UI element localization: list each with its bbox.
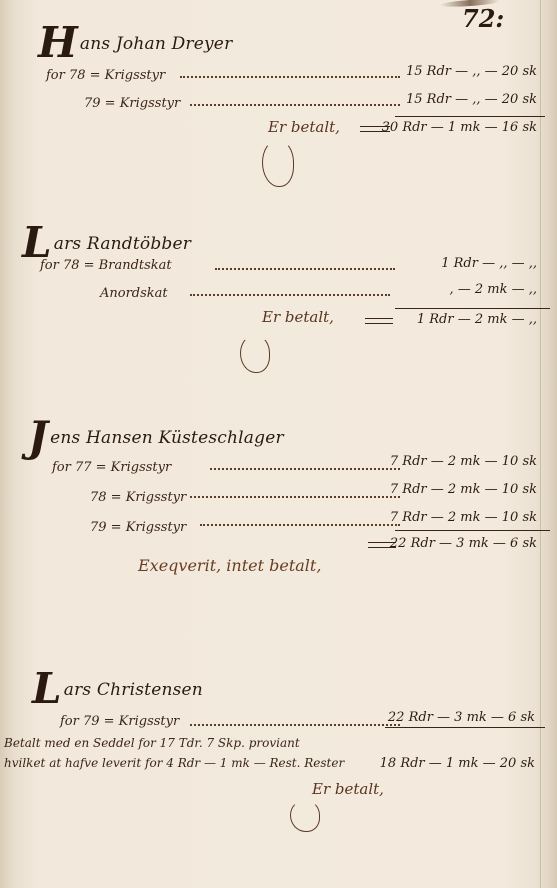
name-text: ans Johan Dreyer <box>80 34 233 54</box>
line-label: for 79 = Krigsstyr <box>60 714 179 729</box>
leader-dots <box>190 496 400 498</box>
line-label: 78 = Krigsstyr <box>90 490 186 505</box>
flourish-mark <box>240 335 270 373</box>
leader-dots <box>210 468 400 470</box>
double-rule <box>365 318 393 324</box>
sum-rule <box>385 727 545 728</box>
leader-dots <box>190 104 400 106</box>
leader-dots <box>190 724 400 726</box>
sum-rule <box>395 530 550 531</box>
payment-status: Er betalt, <box>262 308 334 326</box>
line-label: 79 = Krigsstyr <box>90 520 186 535</box>
total-amount: 22 Rdr — 3 mk — 6 sk <box>390 536 537 551</box>
page-edge <box>540 0 541 888</box>
leader-dots <box>215 268 395 270</box>
entry-name: Hans Johan Dreyer <box>38 18 232 67</box>
line-label: Anordskat <box>100 286 168 301</box>
line-amount: 7 Rdr — 2 mk — 10 sk <box>390 510 537 525</box>
folio-number: 72: <box>462 4 504 33</box>
total-amount: 1 Rdr — 2 mk — ,, <box>417 312 537 327</box>
name-text: ens Hansen Küsteschlager <box>50 428 284 448</box>
payment-status: Er betalt, <box>268 118 340 136</box>
leader-dots <box>180 76 400 78</box>
flourish-mark <box>290 800 320 832</box>
name-text: ars Randtöbber <box>54 234 191 254</box>
ledger-page: 72: Hans Johan Dreyer for 78 = Krigsstyr… <box>0 0 557 888</box>
line-label: for 78 = Krigsstyr <box>46 68 165 83</box>
sum-rule <box>395 116 545 117</box>
line-amount: 7 Rdr — 2 mk — 10 sk <box>390 482 537 497</box>
leader-dots <box>200 524 400 526</box>
payment-status: Exeqverit, intet betalt, <box>138 556 321 575</box>
note-line: Betalt med en Seddel for 17 Tdr. 7 Skp. … <box>4 736 300 750</box>
line-label: for 77 = Krigsstyr <box>52 460 171 475</box>
line-amount: 15 Rdr — ,, — 20 sk <box>406 64 537 79</box>
line-amount: , — 2 mk — ,, <box>449 282 537 297</box>
line-amount: 7 Rdr — 2 mk — 10 sk <box>390 454 537 469</box>
entry-name: Jens Hansen Küsteschlager <box>28 412 284 461</box>
line-amount: 15 Rdr — ,, — 20 sk <box>406 92 537 107</box>
payment-status: Er betalt, <box>312 780 384 798</box>
remainder-amount: 18 Rdr — 1 mk — 20 sk <box>380 756 535 771</box>
decorated-initial: J <box>28 412 48 461</box>
line-label: for 78 = Brandtskat <box>40 258 172 273</box>
line-amount: 22 Rdr — 3 mk — 6 sk <box>388 710 535 725</box>
flourish-mark <box>262 140 294 187</box>
decorated-initial: H <box>38 18 78 67</box>
line-label: 79 = Krigsstyr <box>84 96 180 111</box>
sum-rule <box>395 308 550 309</box>
leader-dots <box>190 294 390 296</box>
name-text: ars Christensen <box>64 680 203 700</box>
note-line: hvilket at hafve leverit for 4 Rdr — 1 m… <box>4 756 344 770</box>
entry-name: Lars Christensen <box>32 664 203 713</box>
decorated-initial: L <box>32 664 62 713</box>
total-amount: 30 Rdr — 1 mk — 16 sk <box>382 120 537 135</box>
line-amount: 1 Rdr — ,, — ,, <box>441 256 537 271</box>
